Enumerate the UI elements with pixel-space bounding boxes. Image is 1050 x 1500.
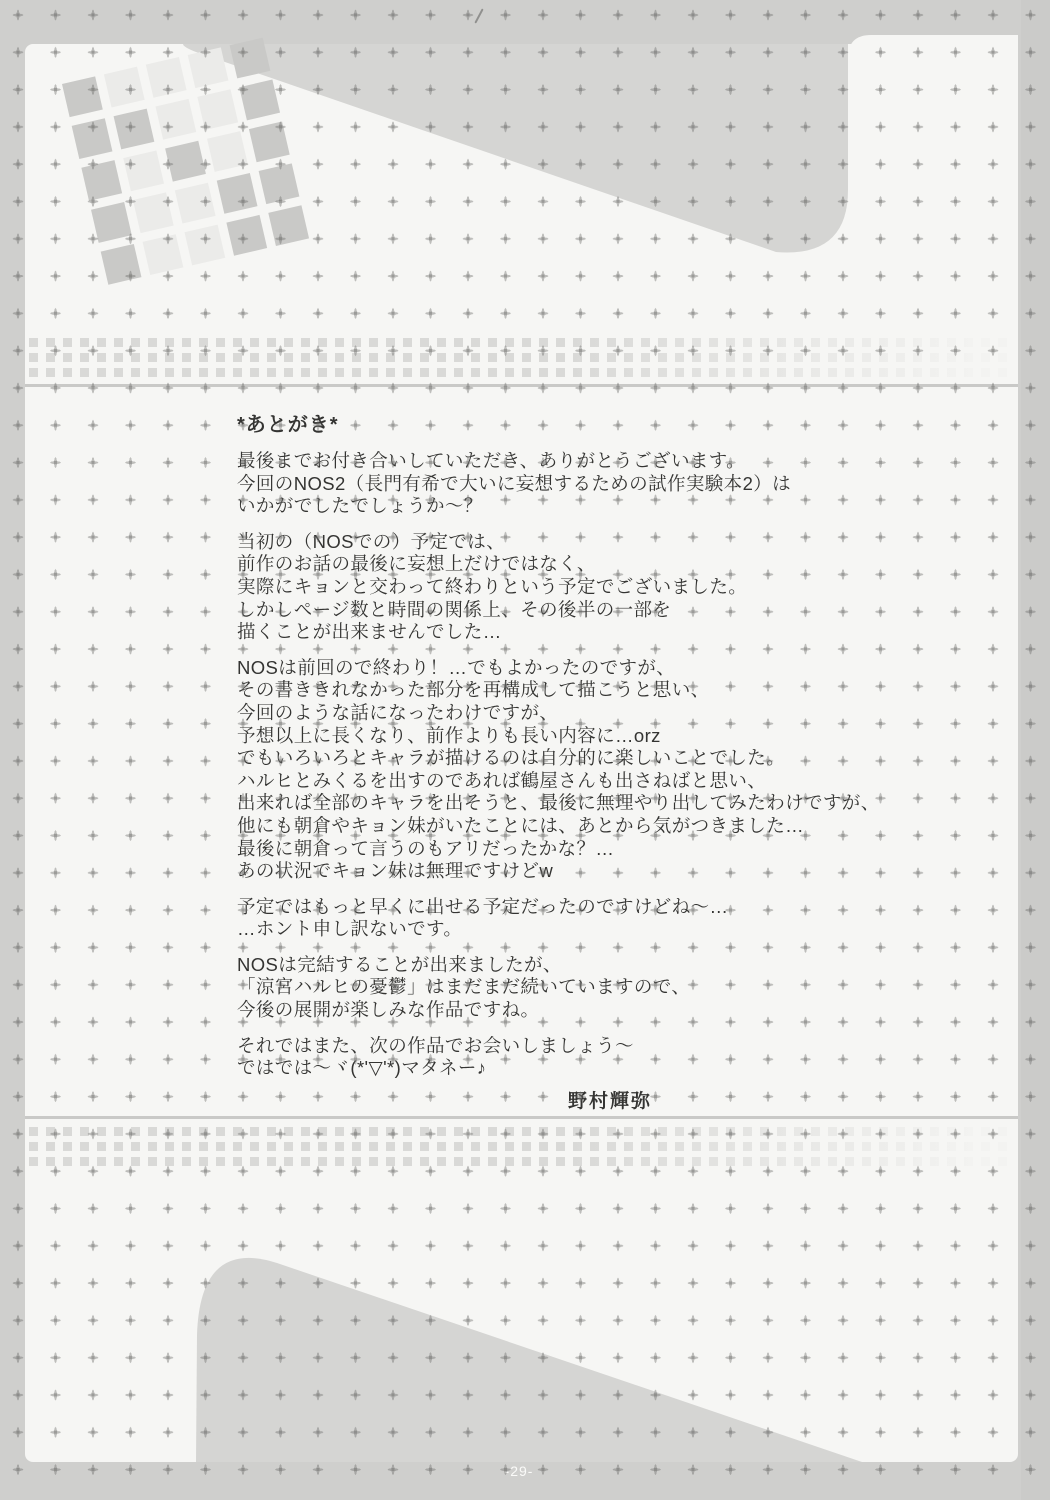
- decor-square: [72, 118, 113, 159]
- decor-square: [123, 150, 164, 191]
- decor-square: [114, 109, 155, 150]
- decor-square: [146, 57, 187, 98]
- afterword-paragraph: NOSは完結することが出来ましたが、 「涼宮ハルヒの憂鬱」はまだまだ続いています…: [237, 954, 957, 1022]
- decor-square: [239, 80, 280, 121]
- decor-square: [165, 141, 206, 182]
- decor-square: [104, 67, 145, 108]
- afterword-title: *あとがき*: [237, 408, 339, 437]
- bottom-gray-swoosh: [196, 1258, 862, 1462]
- decor-square: [133, 192, 174, 233]
- divider-line-bottom: [25, 1116, 1018, 1119]
- scan-edge-shadow: [1021, 0, 1050, 1500]
- decor-square: [91, 202, 132, 243]
- decor-square: [188, 47, 229, 88]
- afterword-paragraph: 当初の（NOSでの）予定では、 前作のお話の最後に妄想上だけではなく、 実際にキ…: [237, 531, 957, 644]
- afterword-paragraph: 最後までお付き合いしていただき、ありがとうございます。 今回のNOS2（長門有希…: [237, 450, 957, 518]
- afterword-body: 最後までお付き合いしていただき、ありがとうございます。 今回のNOS2（長門有希…: [237, 450, 957, 1093]
- decor-square: [62, 76, 103, 117]
- author-signature: 野村輝弥: [568, 1086, 652, 1113]
- scanned-afterword-page: *あとがき* 最後までお付き合いしていただき、ありがとうございます。 今回のNO…: [0, 0, 1050, 1500]
- top-right-white-corner: [848, 35, 1018, 150]
- decor-square: [81, 160, 122, 201]
- afterword-paragraph: それではまた、次の作品でお会いしましょう～ ではでは～ヾ(*'▽'*)マタネー♪: [237, 1035, 957, 1080]
- dotted-band-bottom: [29, 1127, 1015, 1171]
- decor-square: [155, 99, 196, 140]
- divider-line-top: [25, 384, 1018, 387]
- afterword-paragraph: 予定ではもっと早くに出せる予定だったのですけどね～… …ホント申し訳ないです。: [237, 896, 957, 941]
- decor-square: [207, 131, 248, 172]
- decor-square: [249, 121, 290, 162]
- decor-square: [259, 163, 300, 204]
- decor-square: [175, 183, 216, 224]
- decor-square: [230, 38, 271, 79]
- dotted-band-top: [29, 338, 1015, 382]
- decor-square: [197, 89, 238, 130]
- page-number: -29-: [0, 1463, 1044, 1479]
- afterword-paragraph: NOSは前回ので終わり！…でもよかったのですが、 その書ききれなかった部分を再構…: [237, 657, 957, 883]
- decor-square: [217, 173, 258, 214]
